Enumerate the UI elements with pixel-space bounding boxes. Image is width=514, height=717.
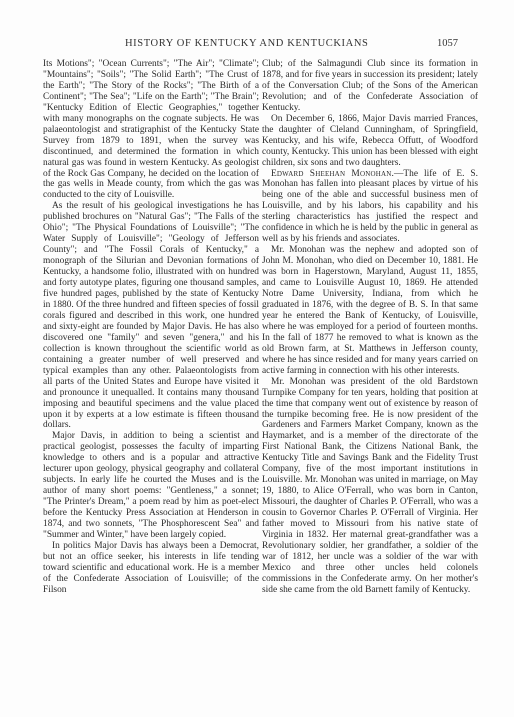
biography-heading: Edward Sheehan Monohan. xyxy=(271,169,394,179)
book-page: HISTORY OF KENTUCKY AND KENTUCKIANS 1057… xyxy=(0,0,514,717)
running-header: HISTORY OF KENTUCKY AND KENTUCKIANS 1057 xyxy=(0,38,514,52)
right-column: Club; of the Salmagundi Club since its f… xyxy=(262,59,478,596)
paragraph: On December 6, 1866, Major Davis married… xyxy=(262,114,478,169)
paragraph: Mr. Monohan was president of the old Bar… xyxy=(262,377,478,596)
paragraph: Major Davis, in addition to being a scie… xyxy=(43,431,259,541)
paragraph: Club; of the Salmagundi Club since its f… xyxy=(262,59,478,114)
left-column: Its Motions"; "Ocean Currents"; "The Air… xyxy=(43,59,259,596)
biography-intro: —The life of E. S. Monohan has fallen in… xyxy=(262,169,478,245)
paragraph: In politics Major Davis has always been … xyxy=(43,541,259,596)
biography-paragraph: Edward Sheehan Monohan.—The life of E. S… xyxy=(262,169,478,246)
page-number: 1057 xyxy=(437,38,458,49)
running-title: HISTORY OF KENTUCKY AND KENTUCKIANS xyxy=(125,38,368,49)
paragraph: As the result of his geological investig… xyxy=(43,201,259,431)
paragraph: Its Motions"; "Ocean Currents"; "The Air… xyxy=(43,59,259,201)
paragraph: Mr. Monohan was the nephew and adopted s… xyxy=(262,245,478,376)
